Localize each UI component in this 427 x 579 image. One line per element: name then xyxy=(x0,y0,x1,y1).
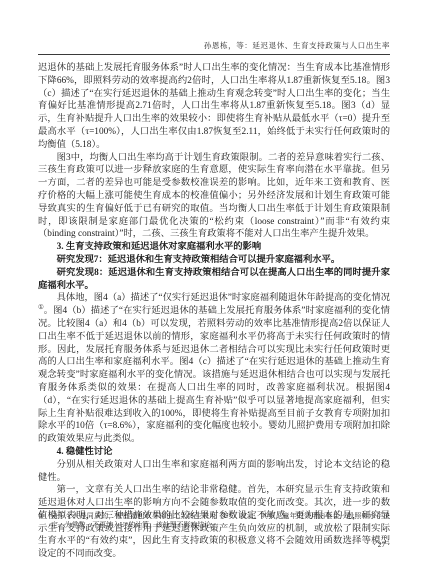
paragraph: 具体地，图4（a）描述了“仅实行延迟退休”时家庭福利随退休年龄提高的变化情况①。… xyxy=(38,292,390,446)
paper-page: 孙恩栋，等：延迟退休、生育支持政策与人口出生率 迟退休的基础上发展托育服务体系”… xyxy=(0,0,427,579)
footnote-text: 由于个人是同质的，家庭福利水平将由个人终生效用（U*）表示。其中，童年的效用由社… xyxy=(51,512,390,531)
paragraph-text: 具体地，图4（a）描述了“仅实行延迟退休”时家庭福利随退休年龄提高的变化情况 xyxy=(57,293,390,303)
paragraph-text: 。图4（b）描述了“在实行延迟退休的基础上发展托育服务体系”时家庭福利的变化情况… xyxy=(38,306,390,444)
finding-statement: 研究发现8：延迟退休和生育支持政策相结合可以在提高人口出生率的同时提升家庭福利水… xyxy=(38,267,390,293)
paragraph: 分别从相关政策对人口出生率和家庭福利两方面的影响出发，讨论本文结论的稳健性。 xyxy=(38,459,390,485)
running-header: 孙恩栋，等：延迟退休、生育支持政策与人口出生率 xyxy=(38,40,390,54)
finding-statement: 研究发现7：延迟退休和生育支持政策相结合可以提升家庭福利水平。 xyxy=(38,254,390,267)
page-number: · 27 · xyxy=(373,540,390,549)
section-heading: 3. 生育支持政策和延迟退休对家庭福利水平的影响 xyxy=(38,241,390,254)
paragraph: 迟退休的基础上发展托育服务体系”时人口出生率的变化情况：当生育成本比基准情形下降… xyxy=(38,62,390,152)
footnote-area: ① 由于个人是同质的，家庭福利水平将由个人终生效用（U*）表示。其中，童年的效用… xyxy=(38,508,390,531)
section-heading: 4. 稳健性讨论 xyxy=(38,446,390,459)
footnote-marker: ① xyxy=(38,512,51,531)
footnote: ① 由于个人是同质的，家庭福利水平将由个人终生效用（U*）表示。其中，童年的效用… xyxy=(38,512,390,531)
header-divider xyxy=(38,54,390,55)
paragraph: 图3中，均衡人口出生率均高于计划生育政策限制。二者的差异意味着实行二孩、三孩生育… xyxy=(38,152,390,242)
body-text: 迟退休的基础上发展托育服务体系”时人口出生率的变化情况：当生育成本比基准情形下降… xyxy=(38,62,390,561)
footnote-divider xyxy=(38,508,134,509)
